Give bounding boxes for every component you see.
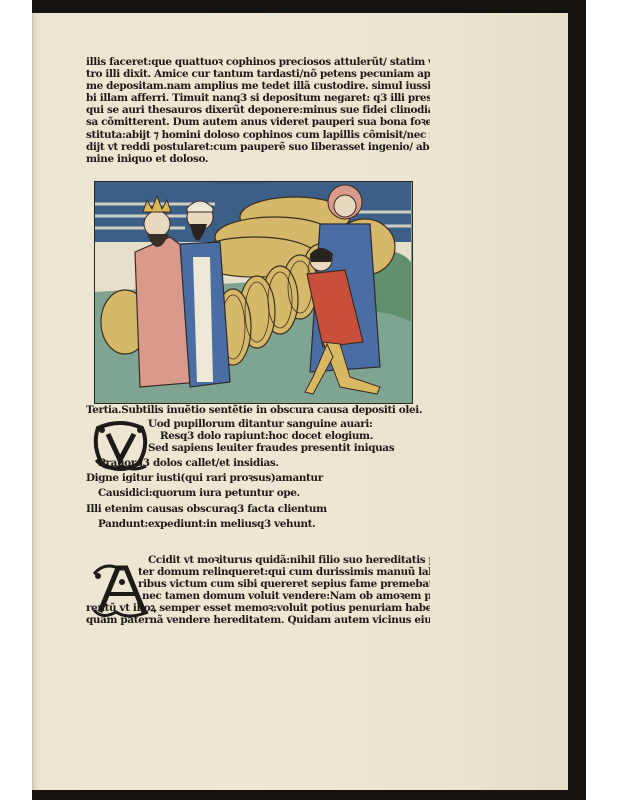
verse-line: Prauorq3 dolos callet/et insidias. (86, 457, 430, 469)
woodcut-illustration (94, 181, 413, 404)
text-line: mine iniquo et doloso. (86, 153, 430, 165)
verse-line: Pandunt:expediunt:in meliusq3 vehunt. (86, 518, 430, 530)
prose-line: rentũ vt illoꝝ semper esset memoꝛ:voluit… (86, 602, 430, 614)
verse-line: Resq3 dolo rapiunt:hoc docet elogium. (86, 430, 430, 442)
prose-line: ter domum relinqueret:qui cum durissimis… (86, 566, 430, 578)
chapter-heading: Tertia.Subtilis inuẽtio sentẽtie in obsc… (86, 404, 430, 416)
prose-block: Ccidit vt moꝛiturus quidã:nihil filio su… (86, 554, 430, 627)
verse-line: Sed sapiens leuiter fraudes presentit in… (86, 442, 430, 454)
text-line: me depositam.nam amplius me tedet illã c… (86, 80, 430, 92)
text-line: illis faceret:que quattuoꝛ cophinos prec… (86, 56, 430, 68)
text-line: sa cõmitterent. Dum autem anus videret p… (86, 116, 430, 128)
verse-line: Illi etenim causas obscuraq3 facta clien… (86, 503, 430, 515)
text-line: qui se auri thesauros dixerũt deponere:m… (86, 104, 430, 116)
prose-line: ribus victum cum sibi quereret sepius fa… (86, 578, 430, 590)
prose-line: nec tamen domum voluit vendere:Nam ob am… (86, 590, 430, 602)
verse-block: Uod pupillorum ditantur sanguine auari: … (86, 418, 430, 530)
verse-line: Digne igitur iusti(qui rari proꝛsus)aman… (86, 472, 430, 484)
chapter-heading-text: Tertia.Subtilis inuẽtio sentẽtie in obsc… (86, 404, 430, 416)
text-line: tro illi dixit. Amice cur tantum tardast… (86, 68, 430, 80)
verse-line: Uod pupillorum ditantur sanguine auari: (86, 418, 430, 430)
text-line: bi illam afferri. Timuit nanq3 si deposi… (86, 92, 430, 104)
top-paragraph: illis faceret:que quattuoꝛ cophinos prec… (86, 56, 430, 165)
prose-line: Ccidit vt moꝛiturus quidã:nihil filio su… (86, 554, 430, 566)
verse-line: Causidici:quorum iura petuntur ope. (86, 487, 430, 499)
prose-line: quam paternã vendere hereditatem. Quidam… (86, 614, 430, 626)
text-line: stituta:abijt ⁊ homini doloso cophinos c… (86, 129, 430, 141)
text-line: dijt vt reddi postularet:cum pauperẽ suo… (86, 141, 430, 153)
